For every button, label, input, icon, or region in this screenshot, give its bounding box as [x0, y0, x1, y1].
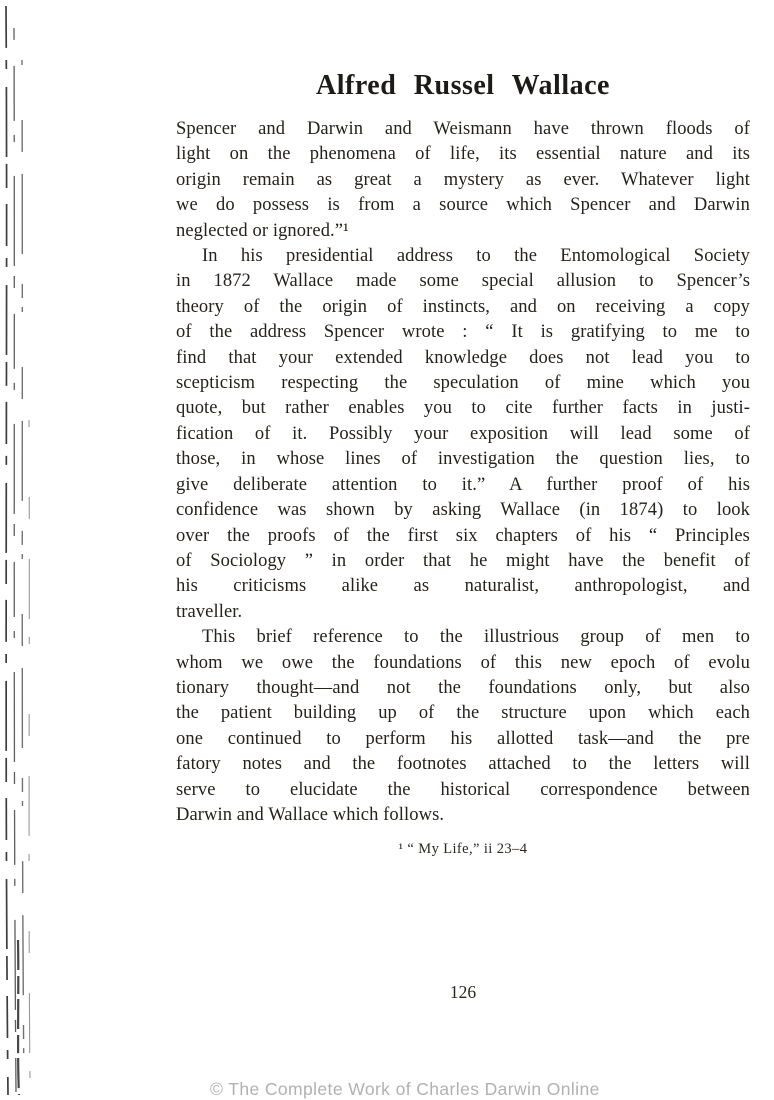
- text-line: one continued to perform his allotted ta…: [176, 727, 750, 752]
- scanned-page: Alfred Russel Wallace Spencer and Darwin…: [0, 0, 774, 1100]
- text-line: light on the phenomena of life, its esse…: [176, 142, 750, 167]
- text-line: find that your extended knowledge does n…: [176, 346, 750, 371]
- text-line: whom we owe the foundations of this new …: [176, 651, 750, 676]
- paragraph: This brief reference to the illustrious …: [176, 625, 750, 828]
- text-line: traveller.: [176, 600, 750, 625]
- text-line: neglected or ignored.”¹: [176, 219, 750, 244]
- text-line: in 1872 Wallace made some special allusi…: [176, 269, 750, 294]
- text-line: This brief reference to the illustrious …: [176, 625, 750, 650]
- text-line: the patient building up of the structure…: [176, 701, 750, 726]
- paragraph: In his presidential address to the Entom…: [176, 244, 750, 625]
- text-line: scepticism respecting the speculation of…: [176, 371, 750, 396]
- text-line: Spencer and Darwin and Weismann have thr…: [176, 117, 750, 142]
- text-line: fication of it. Possibly your exposition…: [176, 422, 750, 447]
- text-line: of the address Spencer wrote : “ It is g…: [176, 320, 750, 345]
- page-title: Alfred Russel Wallace: [176, 70, 750, 102]
- text-line: give deliberate attention to it.” A furt…: [176, 473, 750, 498]
- text-line: theory of the origin of instincts, and o…: [176, 295, 750, 320]
- paragraph: Spencer and Darwin and Weismann have thr…: [176, 117, 750, 244]
- text-line: over the proofs of the first six chapter…: [176, 524, 750, 549]
- text-line: In his presidential address to the Entom…: [176, 244, 750, 269]
- body-text: Spencer and Darwin and Weismann have thr…: [176, 117, 750, 863]
- text-line: of Sociology ” in order that he might ha…: [176, 549, 750, 574]
- watermark-footer: © The Complete Work of Charles Darwin On…: [210, 1079, 600, 1100]
- text-line: origin remain as great a mystery as ever…: [176, 168, 750, 193]
- text-line: we do possess is from a source which Spe…: [176, 193, 750, 218]
- page-number: 126: [176, 982, 750, 1003]
- text-line: tionary thought—and not the foundations …: [176, 676, 750, 701]
- text-line: his criticisms alike as naturalist, anth…: [176, 574, 750, 599]
- text-line: fatory notes and the footnotes attached …: [176, 752, 750, 777]
- text-line: Darwin and Wallace which follows.: [176, 803, 750, 828]
- text-line: serve to elucidate the historical corres…: [176, 778, 750, 803]
- text-line: those, in whose lines of investigation t…: [176, 447, 750, 472]
- text-line: confidence was shown by asking Wallace (…: [176, 498, 750, 523]
- text-line: quote, but rather enables you to cite fu…: [176, 396, 750, 421]
- binding-artifact-lines: [0, 0, 40, 1100]
- footnote: ¹ “ My Life,” ii 23–4: [176, 837, 750, 862]
